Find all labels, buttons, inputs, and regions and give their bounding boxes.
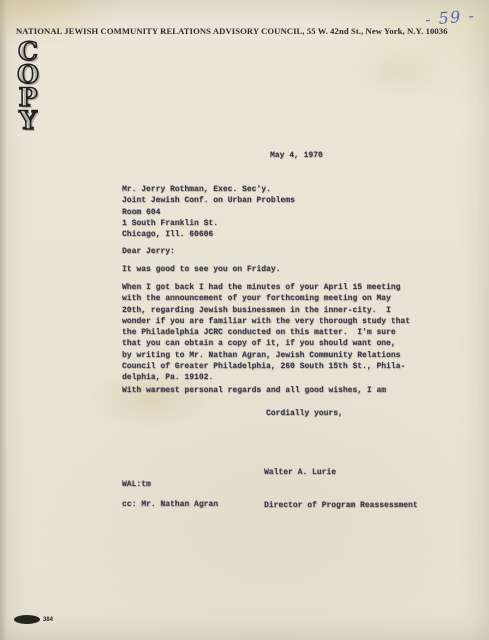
body-paragraph-1: It was good to see you on Friday.: [122, 264, 280, 275]
cc-line: cc: Mr. Nathan Agran: [122, 499, 218, 510]
union-bug-icon: [14, 615, 40, 624]
typist-reference: WAL:tm: [122, 479, 151, 490]
handwritten-page-number: - 59 -: [424, 6, 476, 29]
closing-line: Cordially yours,: [266, 408, 343, 419]
copy-stamp-letter: Y: [19, 109, 37, 132]
recipient-address-block: Mr. Jerry Rothman, Exec. Sec'y. Joint Je…: [122, 184, 295, 240]
salutation: Dear Jerry:: [122, 246, 175, 257]
body-paragraph-2: When I got back I had the minutes of you…: [122, 282, 410, 384]
scanned-letter-page: NATIONAL JEWISH COMMUNITY RELATIONS ADVI…: [0, 0, 489, 640]
signature-block: Walter A. Lurie Director of Program Reas…: [264, 444, 418, 534]
letter-date: May 4, 1970: [270, 150, 323, 161]
copy-stamp: C O P Y: [11, 40, 45, 132]
union-label-number: 384: [43, 617, 53, 623]
signature-title: Director of Program Reassessment: [264, 500, 418, 511]
union-printing-label: 384: [14, 615, 53, 624]
signature-name: Walter A. Lurie: [264, 467, 418, 478]
body-paragraph-3: With warmest personal regards and all go…: [122, 385, 386, 396]
letterhead-text: NATIONAL JEWISH COMMUNITY RELATIONS ADVI…: [16, 26, 448, 36]
